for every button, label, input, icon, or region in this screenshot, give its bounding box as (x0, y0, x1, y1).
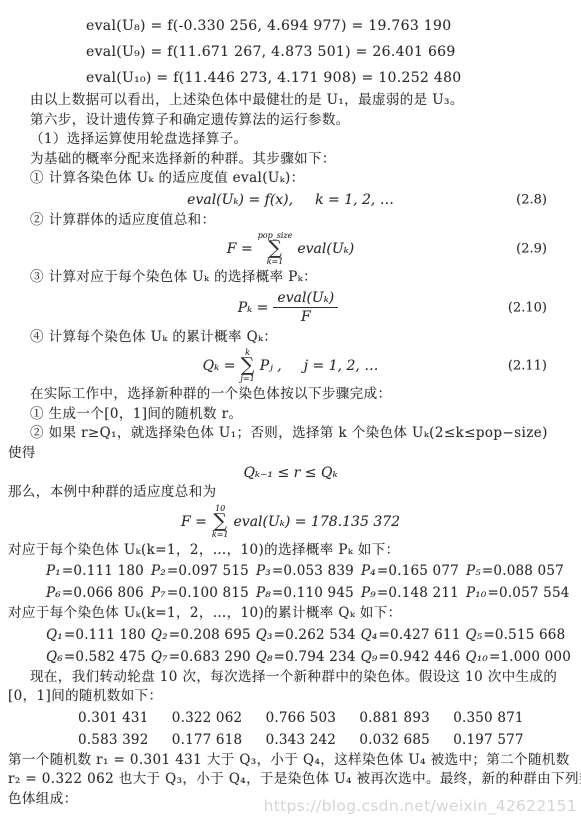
sigma-symbol: ∑ (268, 240, 282, 257)
q-value-cell: Q₂=0.208 695 (151, 624, 256, 646)
random-number-cell: 0.343 242 (266, 729, 360, 751)
text-line-final-1: 第一个随机数 r₁ = 0.301 431 大于 Q₃，小于 Q₄，这样染色体 … (0, 751, 581, 771)
equation-2-11-rhs: Pⱼ , (260, 358, 282, 374)
q-value-cell: Q₈=0.794 234 (256, 646, 361, 668)
q-value-cell: Q₁=0.111 180 (46, 624, 151, 646)
step-line-4: ④ 计算每个染色体 Uₖ 的累计概率 Qₖ： (0, 328, 581, 348)
random-number-cell: 0.350 871 (453, 707, 547, 729)
q-value-cell: Q₉=0.942 446 (361, 646, 466, 668)
p-value-cell: P₁₀=0.057 554 (466, 582, 571, 604)
step-line-3: ③ 计算对应于每个染色体 Uₖ 的选择概率 Pₖ： (0, 268, 581, 288)
random-number-cell: 0.301 431 (78, 707, 172, 729)
text-line-rand-intro: [0，1]间的随机数如下： (0, 687, 581, 707)
inequality-body: Qₖ₋₁ ≤ r ≤ Qₖ (243, 465, 337, 481)
step-line-1: ① 计算各染色体 Uₖ 的适应度值 eval(Uₖ)： (0, 169, 581, 189)
equation-2-11-condition: j = 1, 2, … (304, 358, 379, 374)
random-number-cell: 0.881 893 (359, 707, 453, 729)
eval-results-block: eval(U₈) = f(-0.330 256, 4.694 977) = 19… (0, 13, 581, 91)
document-page: eval(U₈) = f(-0.330 256, 4.694 977) = 19… (0, 0, 581, 820)
fraction: eval(Uₖ) F (273, 290, 338, 325)
step-line-2: ② 计算群体的适应度值总和： (0, 211, 581, 231)
equation-2-8-condition: k = 1, 2, … (315, 192, 394, 208)
equation-2-8: eval(Uₖ) = f(x), k = 1, 2, … (2.8) (0, 189, 581, 211)
fitness-total-lhs: F = (181, 514, 207, 530)
equation-number: (2.8) (516, 192, 547, 207)
text-line-final-2: r₂ = 0.322 062 也大于 Q₃，小于 Q₄，于是染色体 U₄ 被再次… (0, 770, 581, 790)
p-value-cell: P₆=0.066 806 (46, 582, 151, 604)
fraction-numerator: eval(Uₖ) (273, 290, 338, 308)
p-value-cell: P₁=0.111 180 (46, 560, 151, 582)
sum-lower-limit: k=1 (267, 257, 284, 266)
summation: 10 ∑ k=1 (212, 505, 229, 539)
sigma-symbol: ∑ (241, 357, 255, 374)
random-number-cell: 0.177 618 (172, 729, 266, 751)
equation-2-8-body: eval(Uₖ) = f(x), (187, 192, 293, 208)
equation-number: (2.11) (508, 359, 547, 374)
random-number-cell: 0.032 685 (359, 729, 453, 751)
fitness-total-rhs: eval(Uₖ) = 178.135 372 (234, 514, 401, 530)
equation-2-9-lhs: F = (227, 241, 253, 257)
equation-number: (2.9) (516, 242, 547, 257)
text-line-suchthat: 使得 (0, 444, 581, 464)
q-value-cell: Q₅=0.515 668 (465, 624, 571, 646)
equation-2-9-rhs: eval(Uₖ) (297, 241, 354, 257)
text-line-basis: 为基础的概率分配来选择新的种群。其步骤如下： (0, 150, 581, 170)
p-value-cell: P₄=0.165 077 (361, 560, 466, 582)
equation-2-11: Qₖ = k ∑ j=1 Pⱼ , j = 1, 2, … (2.11) (0, 347, 581, 385)
text-line-practice: 在实际工作中，选择新种群的一个染色体按以下步骤完成： (0, 385, 581, 405)
text-line-q-intro: 对应于每个染色体 Uₖ(k=1，2，…，10)的累计概率 Qₖ 如下： (0, 604, 581, 624)
sum-lower-limit: k=1 (212, 530, 229, 539)
p-value-cell: P₇=0.100 815 (151, 582, 256, 604)
q-value-cell: Q₁₀=1.000 000 (465, 646, 571, 668)
equation-number: (2.10) (508, 300, 547, 315)
text-line-now: 现在，我们转动轮盘 10 次，每次选择一个新种群中的染色体。假设这 10 次中生… (0, 668, 581, 688)
step-line-b2: ② 如果 r≥Q₁，就选择染色体 U₁；否则，选择第 k 个染色体 Uₖ(2≤k… (0, 424, 581, 444)
random-number-cell: 0.322 062 (172, 707, 266, 729)
text-line-p-intro: 对应于每个染色体 Uₖ(k=1，2，…，10)的选择概率 Pₖ 如下： (0, 541, 581, 561)
random-numbers-grid: 0.301 4310.322 0620.766 5030.881 8930.35… (0, 707, 581, 751)
q-value-cell: Q₇=0.683 290 (151, 646, 256, 668)
sigma-symbol: ∑ (213, 513, 227, 530)
eval-result-line: eval(U₉) = f(11.671 267, 4.873 501) = 26… (86, 39, 581, 65)
eval-result-line: eval(U₈) = f(-0.330 256, 4.694 977) = 19… (86, 13, 581, 39)
equation-2-10: Pₖ = eval(Uₖ) F (2.10) (0, 288, 581, 328)
equation-2-11-lhs: Qₖ = (203, 358, 236, 374)
q-value-cell: Q₄=0.427 611 (361, 624, 466, 646)
csdn-watermark: https://blog.csdn.net/weixin_42622151 (264, 797, 577, 815)
sum-lower-limit: j=1 (240, 374, 254, 383)
eval-result-line: eval(U₁₀) = f(11.446 273, 4.171 908) = 1… (86, 65, 581, 91)
text-line-step6: 第六步，设计遗传算子和确定遗传算法的运行参数。 (0, 111, 581, 131)
p-value-cell: P₃=0.053 839 (256, 560, 361, 582)
summation: k ∑ j=1 (240, 349, 254, 383)
random-number-cell: 0.766 503 (266, 707, 360, 729)
equation-2-9: F = pop_size ∑ k=1 eval(Uₖ) (2.9) (0, 230, 581, 268)
p-value-cell: P₉=0.148 211 (361, 582, 466, 604)
text-line-selection-operator: （1）选择运算使用轮盘选择算子。 (0, 130, 581, 150)
p-value-cell: P₅=0.088 057 (466, 560, 571, 582)
cumulative-probabilities-grid: Q₁=0.111 180Q₂=0.208 695Q₃=0.262 534Q₄=0… (0, 624, 581, 668)
equation-2-10-lhs: Pₖ = (238, 300, 269, 316)
summation: pop_size ∑ k=1 (258, 232, 293, 266)
inequality-formula: Qₖ₋₁ ≤ r ≤ Qₖ (0, 463, 581, 483)
fitness-total-formula: F = 10 ∑ k=1 eval(Uₖ) = 178.135 372 (0, 503, 581, 541)
p-value-cell: P₈=0.110 945 (256, 582, 361, 604)
random-number-cell: 0.197 577 (453, 729, 547, 751)
random-number-cell: 0.583 392 (78, 729, 172, 751)
selection-probabilities-grid: P₁=0.111 180P₂=0.097 515P₃=0.053 839P₄=0… (0, 560, 581, 604)
step-line-b1: ① 生成一个[0，1]间的随机数 r。 (0, 405, 581, 425)
q-value-cell: Q₃=0.262 534 (256, 624, 361, 646)
text-line-observation: 由以上数据可以看出，上述染色体中最健壮的是 U₁，最虚弱的是 U₃。 (0, 91, 581, 111)
text-line-then: 那么，本例中种群的适应度总和为 (0, 483, 581, 503)
q-value-cell: Q₆=0.582 475 (46, 646, 151, 668)
fraction-denominator: F (301, 308, 311, 325)
p-value-cell: P₂=0.097 515 (151, 560, 256, 582)
